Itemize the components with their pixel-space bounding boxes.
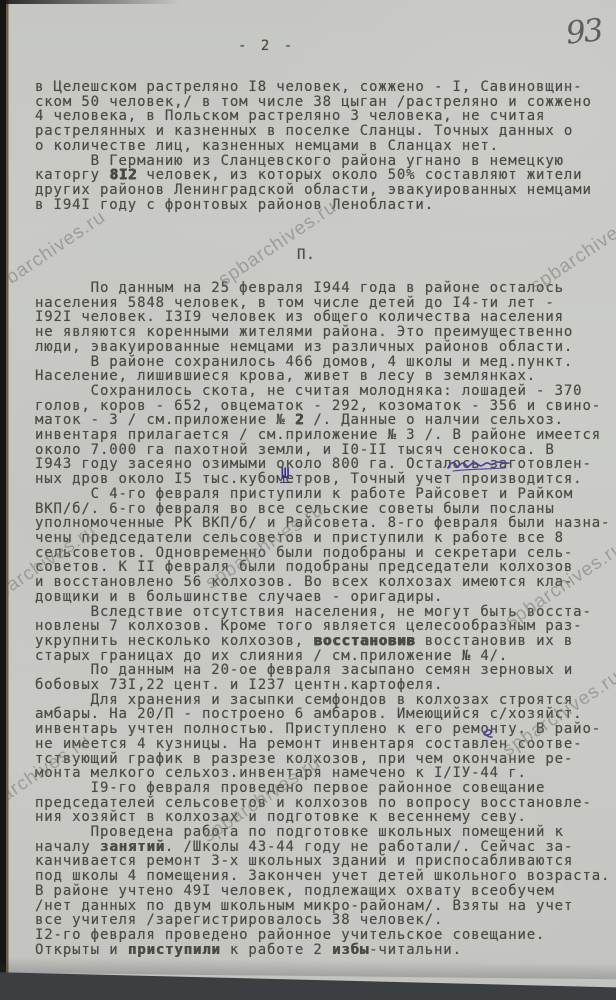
paragraph: I9-го февраля проведено первое районное … [35,781,615,825]
paragraph: Для хранения и засыпки семфондов в колхо… [35,693,615,781]
ink-section-mark: Ш [280,467,290,483]
paragraph: В районе сохранилось 466 домов, 4 школы … [35,355,615,384]
document-page: - 2 - 93 в Целешском растреляно I8 челов… [0,0,616,1000]
paragraph: Проведена работа по подготовке школьных … [35,825,615,928]
paragraph: Вследствие отсутствия населения, не могу… [35,605,615,664]
section-heading: П. [297,248,615,263]
paragraph: Сохранилось скота, не считая молодняка: … [35,384,615,487]
scan-top-edge [0,0,180,4]
paragraph: В Германию из Сланцевского района угнано… [35,154,615,213]
typed-text-body: в Целешском растреляно I8 человек, сожже… [35,80,615,957]
paragraph: С 4-го февраля приступили к работе Райсо… [35,487,615,605]
ink-scribble-annotation [446,457,512,475]
paragraph: По данным на 20-ое февраля засыпано семя… [35,663,615,692]
scan-left-edge [0,0,9,1000]
typed-page-number: - 2 - [238,38,295,54]
ink-correction-mark [482,725,494,741]
handwritten-folio-number: 93 [564,12,603,52]
paragraph: I2-го февраля проведено районное учитель… [35,928,615,957]
paragraph: в Целешском растреляно I8 человек, сожже… [35,80,615,154]
paragraph: По данным на 25 февраля I944 года в райо… [35,281,615,355]
